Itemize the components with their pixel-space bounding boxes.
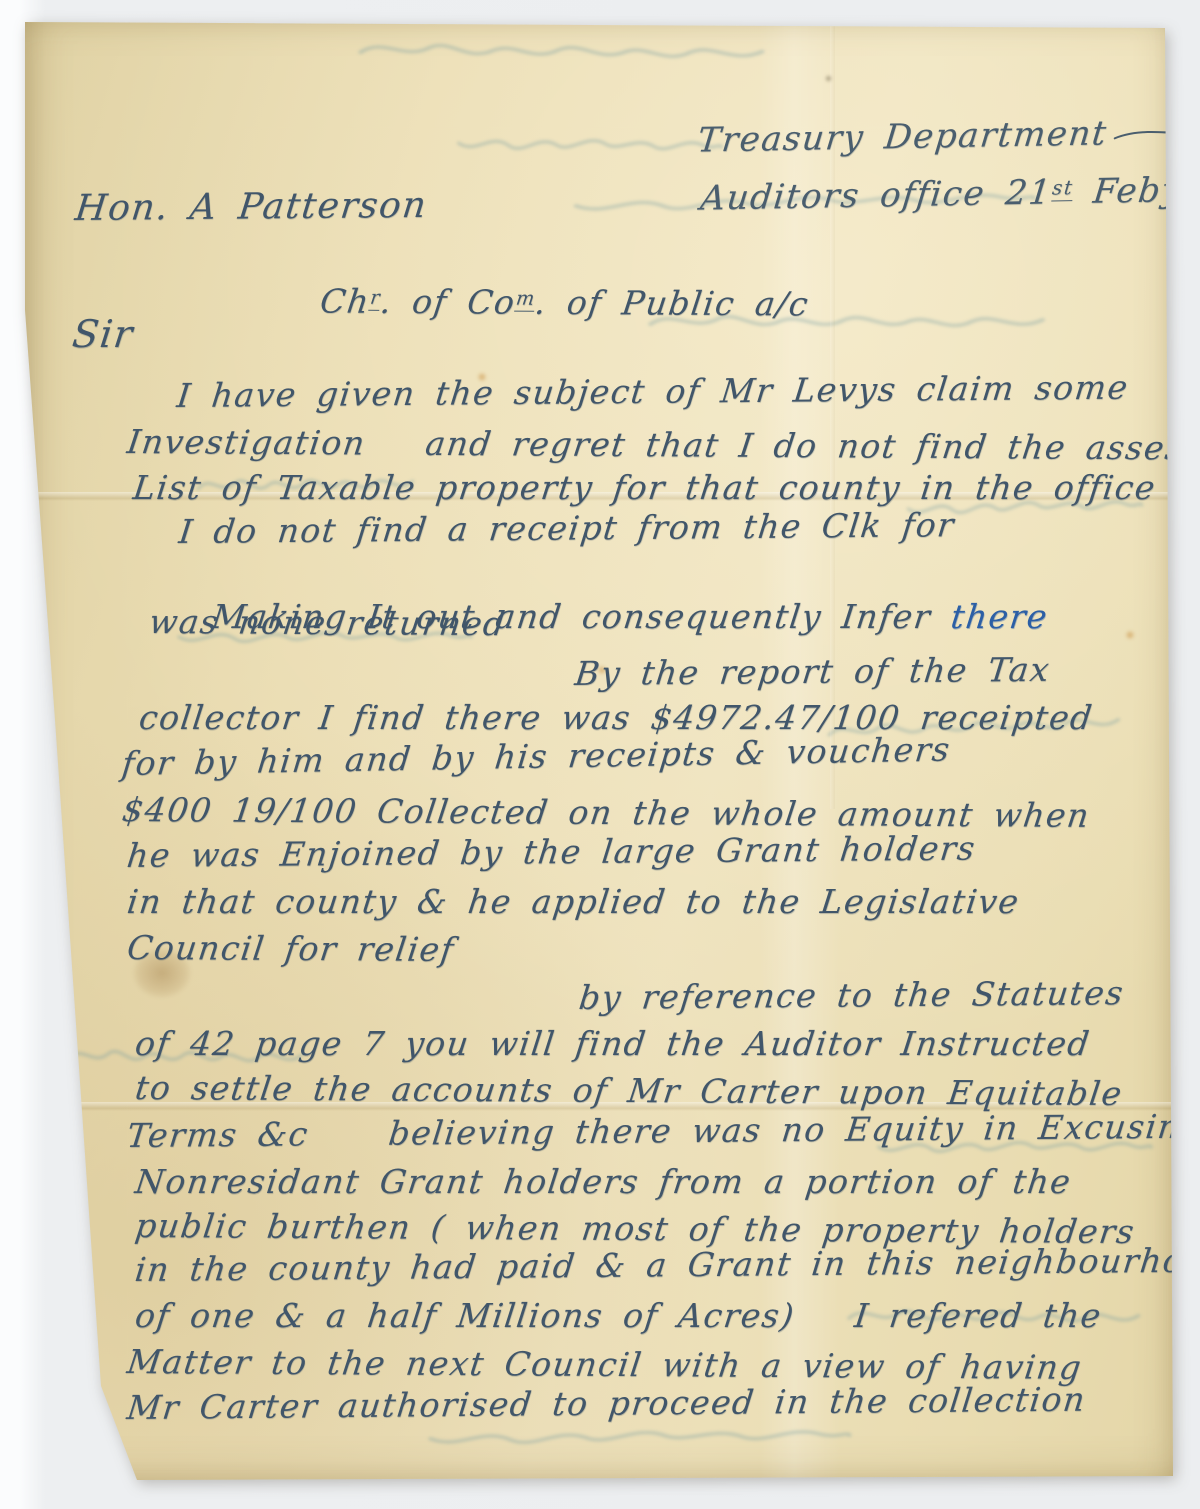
addressee-title-part: Ch <box>318 281 373 320</box>
stain-spot <box>1125 630 1135 640</box>
letter-line: he was Enjoined by the large Grant holde… <box>125 829 978 875</box>
office-date-suffix: Feby 1844 <box>1071 168 1200 212</box>
addressee-title-part: . of Public a/c <box>533 283 812 324</box>
letter-line: I do not find a receipt from the Clk for <box>177 505 957 551</box>
letter-line: Council for relief <box>125 928 457 969</box>
paper-shadow-wrap: Treasury Department Auditors office 21st… <box>0 0 1200 1509</box>
letter-line: List of Taxable property for that county… <box>131 468 1158 507</box>
letter-line: in the county had paid & a Grant in this… <box>133 1240 1200 1289</box>
letter-line: for by him and by his receipts & voucher… <box>120 730 953 783</box>
letter-line: by reference to the Statutes <box>577 973 1126 1017</box>
letterhead-office-date: Auditors office 21st Feby 1844 <box>613 128 1200 260</box>
letter-line: of 42 page 7 you will find the Auditor I… <box>133 1024 1093 1063</box>
scanned-letter-page: { "colors": { "scan_background": "#edeff… <box>0 0 1200 1509</box>
letter-line: to settle the accounts of Mr Carter upon… <box>133 1068 1125 1113</box>
letter-line: Mr Carter authorised to proceed in the c… <box>125 1380 1088 1427</box>
office-date-prefix: Auditors office 21 <box>699 172 1054 218</box>
letter-line: of one & a half Millions of Acres) I ref… <box>133 1296 1104 1335</box>
letter-line: in that county & he applied to the Legis… <box>125 882 1022 921</box>
letter-line: Nonresidant Grant holders from a portion… <box>133 1162 1074 1201</box>
letter-line: Investigation and regret that I do not f… <box>125 422 1200 468</box>
addressee-title-part: . of Co <box>378 282 518 322</box>
bleedthrough-writing <box>355 31 786 72</box>
letter-paper: Treasury Department Auditors office 21st… <box>25 20 1173 1482</box>
addressee-name: Hon. A Patterson <box>73 185 429 229</box>
letter-line: I have given the subject of Mr Levys cla… <box>175 368 1131 415</box>
letter-line: By the report of the Tax <box>573 650 1053 693</box>
salutation: Sir <box>70 312 136 356</box>
letter-line: was none returned <box>147 602 509 643</box>
corrected-word: there <box>949 597 1051 636</box>
addressee-title: Chr. of Com. of Public a/c <box>233 242 817 362</box>
ordinal-superscript: st <box>1051 176 1075 201</box>
